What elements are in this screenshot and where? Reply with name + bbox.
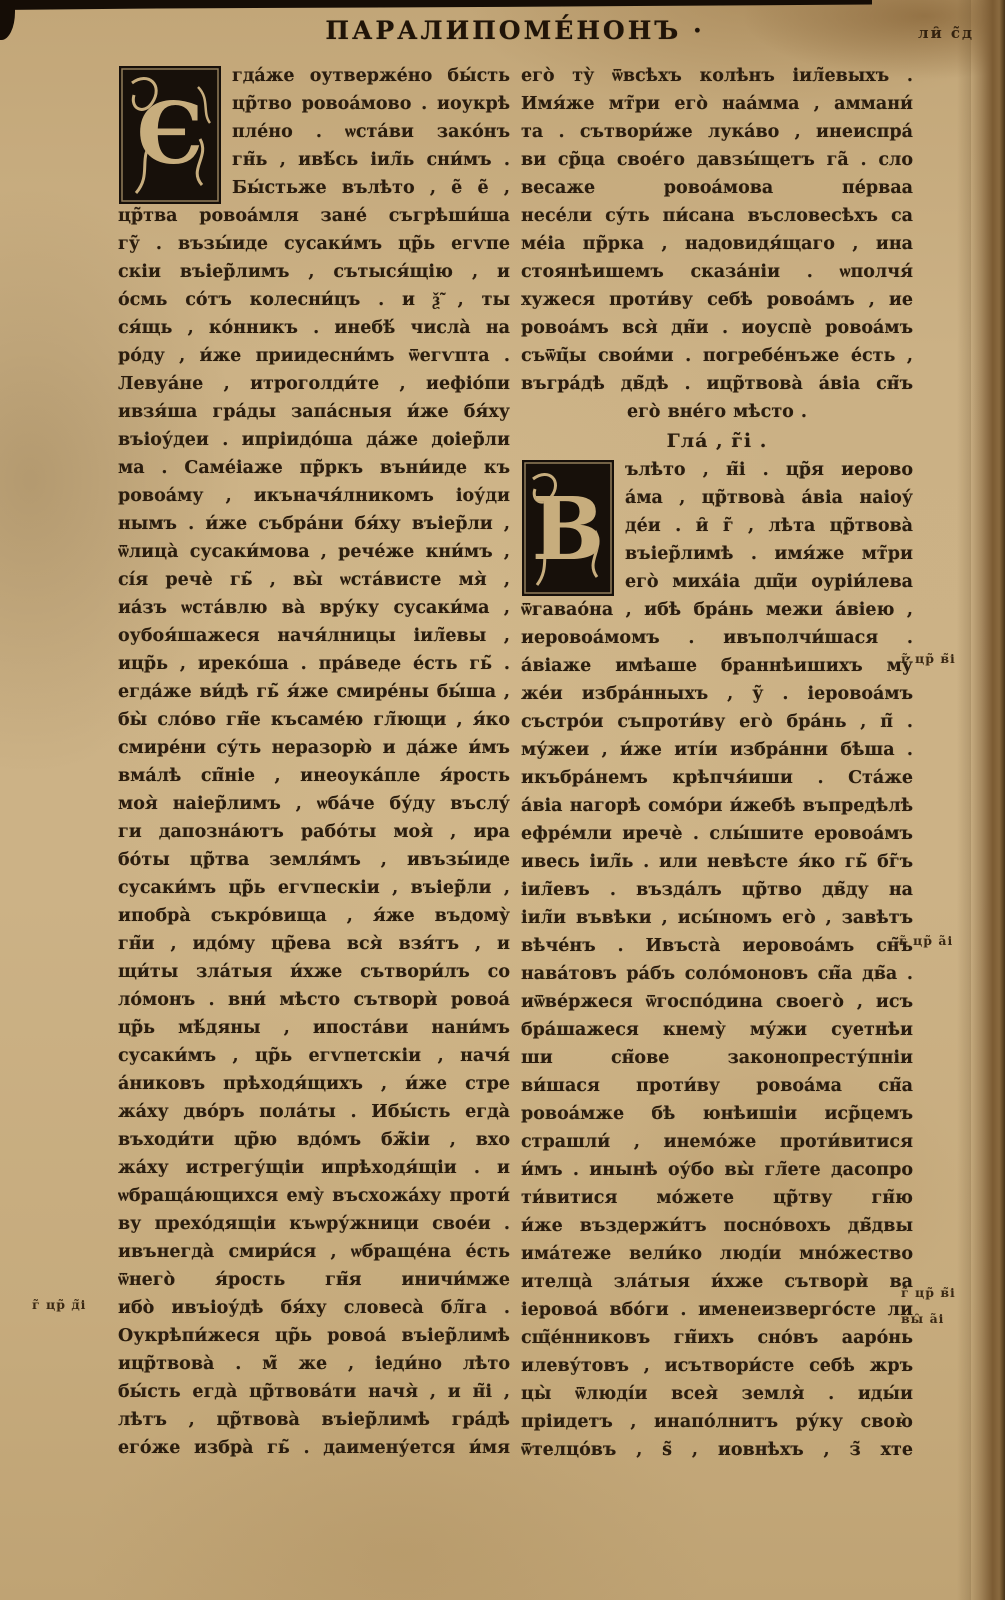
text-line: весаже ровоа́мова пе́рваа ипослѣдняа (521, 174, 913, 202)
left-text-column: Є гда́же оутверже́но бы́стьцр̃тво ровоа́… (118, 62, 510, 1462)
text-line: иеровоа́момъ . ивъполчи́шася . (521, 624, 913, 652)
text-line: ву прехо́дящіи къѡру́жници свое́и . (118, 1210, 510, 1238)
text-line: нымъ . и́же събра́ни бя́ху въіер̃ли , (118, 510, 510, 538)
right-drop-cap-section: В ълѣто , н̃і . цр̃я иеровоа́ма , цр̃тво… (521, 456, 913, 596)
running-title: ПАРАЛИПОМЕ́НОНЪ · (120, 16, 910, 45)
text-line: ровоа́му , икъначя́лникомъ іоу́ди (118, 482, 510, 510)
text-line: его̀ миха́іа дщ̃и оуріи́лева (625, 568, 913, 596)
text-line: Имя́же мт̃ри его̀ наа́мма , аммани́ (521, 90, 913, 118)
text-line: цр̃тво ровоа́мово . иоукрѣ (232, 90, 510, 118)
text-line: іил̃и въвѣки , исы́номъ его̀ , завѣтъ (521, 904, 913, 932)
text-line: іил̃евъ . възда́лъ цр̃тво дв̃ду на (521, 876, 913, 904)
text-line: пріидетъ , инапо́лнитъ ру́ку свою̀ (521, 1408, 913, 1436)
drop-cap-indented-lines: ълѣто , н̃і . цр̃я иеровоа́ма , цр̃твова… (625, 456, 913, 596)
text-line: ши сн̃ове законопресту́пніи исопроти́ (521, 1044, 913, 1072)
text-line: бы̀ сло́во гн̃е късаме́ю гл̃ющи , я́ко (118, 706, 510, 734)
text-line: ицр̃твова̀ . м̃ же , іеди́но лѣто (118, 1350, 510, 1378)
text-line: бы́сть егда̀ цр̃твова́ти начя̀ , и н̃і , (118, 1378, 510, 1406)
text-line: о́смь со́тъ колесни́цъ . и ѯ̃ , ты (118, 286, 510, 314)
text-line: и́же въздержи́тъ посно́вохъ дв̃двы (521, 1212, 913, 1240)
text-line: сусаки́мъ , цр̃ь егѵпетскіи , начя́ (118, 1042, 510, 1070)
text-line: хужеся проти́ву себѣ ровоа́мъ , ие (521, 286, 913, 314)
text-line: и́мъ . инынѣ оу́бо вы̀ гл̃ете дасопро (521, 1156, 913, 1184)
text-line: въіер̃лимѣ . имя́же мт̃ри (625, 540, 913, 568)
text-line: де́и . и̑ г̃ , лѣта цр̃твова̀ (625, 512, 913, 540)
text-line: ивесь іил̃ь . или невѣсте я́ко гь̃ бг̃ъ (521, 848, 913, 876)
text-line: жа́ху дво́ръ пола́ты . Ибы́сть егда̀ (118, 1098, 510, 1126)
text-line: смире́ни су́ть неразорю̀ и да́же и́мъ (118, 734, 510, 762)
text-line: ти́витися мо́жете цр̃тву гн̃ю (521, 1184, 913, 1212)
margin-note-line: г̃ цр̃ в̃і (901, 1280, 956, 1306)
text-line: Левуа́не , итроголди́те , иефіо́пи (118, 370, 510, 398)
text-line: жа́ху истрегу́щіи ипрѣходя́щіи . и (118, 1154, 510, 1182)
left-column-body: цр̃тва ровоа́мля зане́ съгрѣши́шагу̃ . в… (118, 202, 510, 1462)
margin-note-left: г̃ цр̃ д̃і (32, 1292, 86, 1318)
text-line: гда́же оутверже́но бы́сть (232, 62, 510, 90)
text-line: въходи́ти цр̃ю вдо́мъ бж̃іи , вхо (118, 1126, 510, 1154)
svg-text:В: В (532, 479, 605, 580)
svg-text:Є: Є (137, 84, 204, 183)
text-line: ви ср̃ца свое́го давзы́щетъ га̃ . сло (521, 146, 913, 174)
text-line: та . сътвори́же лука́во , инеиспра́ (521, 118, 913, 146)
text-line: несе́ли су́ть пи́сана въсловесѣхъ са (521, 202, 913, 230)
text-line: стоянѣишемъ сказа́ніи . ѡполчя́ (521, 258, 913, 286)
text-line: пле́но . ѡста́ви зако́нъ (232, 118, 510, 146)
text-line: ѿгавао́на , ибѣ бра́нь межи а́віею , (521, 596, 913, 624)
text-line: ѿтелцо́въ , ѕ̃ , иовнѣхъ , з̃ хте (521, 1436, 913, 1464)
text-line: бра́шажеся кнему̀ му́жи суетнѣи (521, 1016, 913, 1044)
text-line: ълѣто , н̃і . цр̃я иерово (625, 456, 913, 484)
folio-mark: ли̑ с̃д (918, 24, 988, 42)
text-line: ма . Саме́іаже пр̃ркъ въни́иде къ (118, 454, 510, 482)
chapter-end-line: его̀ вне́го мѣсто . (521, 398, 913, 426)
text-line: гн̃и , идо́му цр̃ева вся̀ взя́тъ , и (118, 930, 510, 958)
text-line: ителца̀ зла́тыя и́хже сътворѝ ва (521, 1268, 913, 1296)
right-column-body: ѿгавао́на , ибѣ бра́нь межи а́віею ,иеро… (521, 596, 913, 1464)
text-line: ро́ду , и́же приидесни́мъ ѿегѵпта . (118, 342, 510, 370)
text-line: Бы́стьже вълѣто , е̃ е̃ , (232, 174, 510, 202)
text-line: съѿц̃ы свои́ми . погребе́нъже е́сть , (521, 342, 913, 370)
text-line: гу̃ . възы́иде сусаки́мъ цр̃ь егѵпе (118, 230, 510, 258)
text-line: ѿнего̀ я́рость гн̃я иничи́мже ѡскорбле́ … (118, 1266, 510, 1294)
text-line: нава́товъ ра́бъ соло́моновъ сн̃а дв̃а . (521, 960, 913, 988)
text-line: ме́іа пр̃рка , надовидя́щаго , ина (521, 230, 913, 258)
text-line: а́віа нагорѣ сомо́ри и́жебѣ въпредѣлѣ (521, 792, 913, 820)
photo-edge-top (0, 0, 872, 10)
left-drop-cap-section: Є гда́же оутверже́но бы́стьцр̃тво ровоа́… (118, 62, 510, 202)
book-page-scan: ПАРАЛИПОМЕ́НОНЪ · ли̑ с̃д Є гда́же оутве… (0, 0, 1005, 1600)
text-line: ипобра̀ съкро́вища , я́же въдому̀ (118, 902, 510, 930)
text-line: ровоа́мъ вся̀ дн̃и . иоуспѐ ровоа́мъ (521, 314, 913, 342)
text-line: оубоя́шажеся начя́лницы іил̃евы , (118, 622, 510, 650)
text-line: цр̃ь мѣ́дяны , ипоста́ви нани́мъ (118, 1014, 510, 1042)
text-line: щи́ты зла́тыя и́хже сътвори́лъ со (118, 958, 510, 986)
margin-note-line: вы̑ а̃і (901, 1306, 956, 1332)
ornate-initial-v-icon: В (521, 459, 615, 597)
right-column-chapter12-end: его̀ ту̀ ѿвсѣхъ колѣнъ іил̃евыхъ .Имя́же… (521, 62, 913, 398)
text-line: има́теже вели́ко люді́и мно́жество (521, 1240, 913, 1268)
text-line: сщ̃е́нниковъ гн̃ихъ сно́въ ааро́нь (521, 1324, 913, 1352)
text-line: въіоу́деи . ипріидо́ша да́же доіер̃ли (118, 426, 510, 454)
chapter-heading: Гла́ , г̃і . (521, 426, 913, 456)
text-line: сі́я речѐ гь̃ , вы̀ ѡста́висте мя̀ , (118, 566, 510, 594)
text-line: ви́шася проти́ву ровоа́ма сн̃а соло́моня (521, 1072, 913, 1100)
book-binding-edge (969, 0, 1005, 1600)
text-line: ги дапозна́ютъ рабо́ты моя̀ , ира (118, 818, 510, 846)
margin-note-right-3: г̃ цр̃ в̃і вы̑ а̃і (901, 1280, 956, 1332)
text-line: вѣче́нъ . Ивъста̀ иеровоа́мъ сн̃ъ (521, 932, 913, 960)
text-line: му́жеи , и́же иті́и избра́нни бѣша . (521, 736, 913, 764)
text-line: сусаки́мъ цр̃ь егѵпескіи , въіер̃ли , (118, 874, 510, 902)
text-line: а́ма , цр̃твова̀ а́віа наіоу́ (625, 484, 913, 512)
text-line: же́и избра́нныхъ , у̃ . іеровоа́мъ (521, 680, 913, 708)
ornate-initial-e-icon: Є (118, 65, 222, 205)
photo-edge-corner (0, 0, 15, 40)
text-line: а́никовъ прѣходя́щихъ , и́же стре (118, 1070, 510, 1098)
text-line: иа́зъ ѡста́влю ва̀ вру́ку сусаки́ма , (118, 594, 510, 622)
text-line: егда́же ви́дѣ гь̃ я́же смире́ны бы́ша , (118, 678, 510, 706)
text-line: илеву́товъ , исътвори́сте себѣ жръ (521, 1352, 913, 1380)
text-line: моя̀ наіер̃лимъ , ѡба́че бу́ду въслу́ (118, 790, 510, 818)
text-line: вма́лѣ сп̃ніе , инеоука́пле я́рость (118, 762, 510, 790)
text-line: ѿлица̀ сусаки́мова , рече́же кни́мъ , (118, 538, 510, 566)
text-line: цы̀ ѿлюді́и всея̀ земля̀ . иды́и (521, 1380, 913, 1408)
text-line: ивънегда̀ смири́ся , ѡбраще́на е́сть (118, 1238, 510, 1266)
text-line: страшли́ , инемо́же проти́витися (521, 1128, 913, 1156)
text-line: его̀ ту̀ ѿвсѣхъ колѣнъ іил̃евыхъ . (521, 62, 913, 90)
text-line: икъбра́немъ крѣпчя́иши . Ста́же (521, 764, 913, 792)
text-line: цр̃тва ровоа́мля зане́ съгрѣши́ша (118, 202, 510, 230)
text-line: ровоа́мже бѣ юнѣишіи иср̃цемъ (521, 1100, 913, 1128)
margin-note-right-2: г̃ цр̃ а̃і (899, 928, 953, 954)
text-line: ивзя́ша гра́ды запа́сныя и́же бя́ху (118, 398, 510, 426)
margin-note-right-1: г̃ цр̃ в̃і (901, 646, 956, 672)
drop-cap-indented-lines: гда́же оутверже́но бы́стьцр̃тво ровоа́мо… (232, 62, 510, 202)
text-line: въгра́дѣ дв̃дѣ . ицр̃твова̀ а́віа сн̃ъ (521, 370, 913, 398)
text-line: състро́и съпроти́ву его̀ бра́нь , п̃ . (521, 708, 913, 736)
text-line: ло́монъ . вни́ мѣсто сътворѝ ровоа́ (118, 986, 510, 1014)
text-line: ицр̃ь , иреко́ша . пра́веде е́сть гь̃ . (118, 650, 510, 678)
text-line: гн̃ь , ивѣ́сь іил̃ь сни́мъ . (232, 146, 510, 174)
text-line: лѣтъ , цр̃твова̀ въіер̃лимѣ гра́дѣ (118, 1406, 510, 1434)
text-line: ефре́мли иречѐ . слы́шите еровоа́мъ (521, 820, 913, 848)
right-text-column: его̀ ту̀ ѿвсѣхъ колѣнъ іил̃евыхъ .Имя́же… (521, 62, 913, 1464)
text-line: Оукрѣпи́жеся цр̃ь ровоа́ въіер̃лимѣ (118, 1322, 510, 1350)
text-line: ибо̀ ивъіоу́дѣ бя́ху словеса̀ бл̃га . (118, 1294, 510, 1322)
text-line: а́віаже имѣаше браннѣишихъ му́ (521, 652, 913, 680)
text-line: иѿве́ржеся ѿгоспо́дина своего̀ , исъ (521, 988, 913, 1016)
text-line: ѡбраща́ющихся ему̀ въсхожа́ху проти́ (118, 1182, 510, 1210)
text-line: его́же избра̀ гь̃ . даимену́ется и́мя (118, 1434, 510, 1462)
text-line: скіи въіер̃лимъ , сътыся́щію , и (118, 258, 510, 286)
text-line: бо́ты цр̃тва земля́мъ , ивъзы́иде (118, 846, 510, 874)
text-line: ся́щь , ко́нникъ . инебѣ́ числа̀ на (118, 314, 510, 342)
text-line: іеровоа́ вбо́ги . именеизверго́сте ли (521, 1296, 913, 1324)
